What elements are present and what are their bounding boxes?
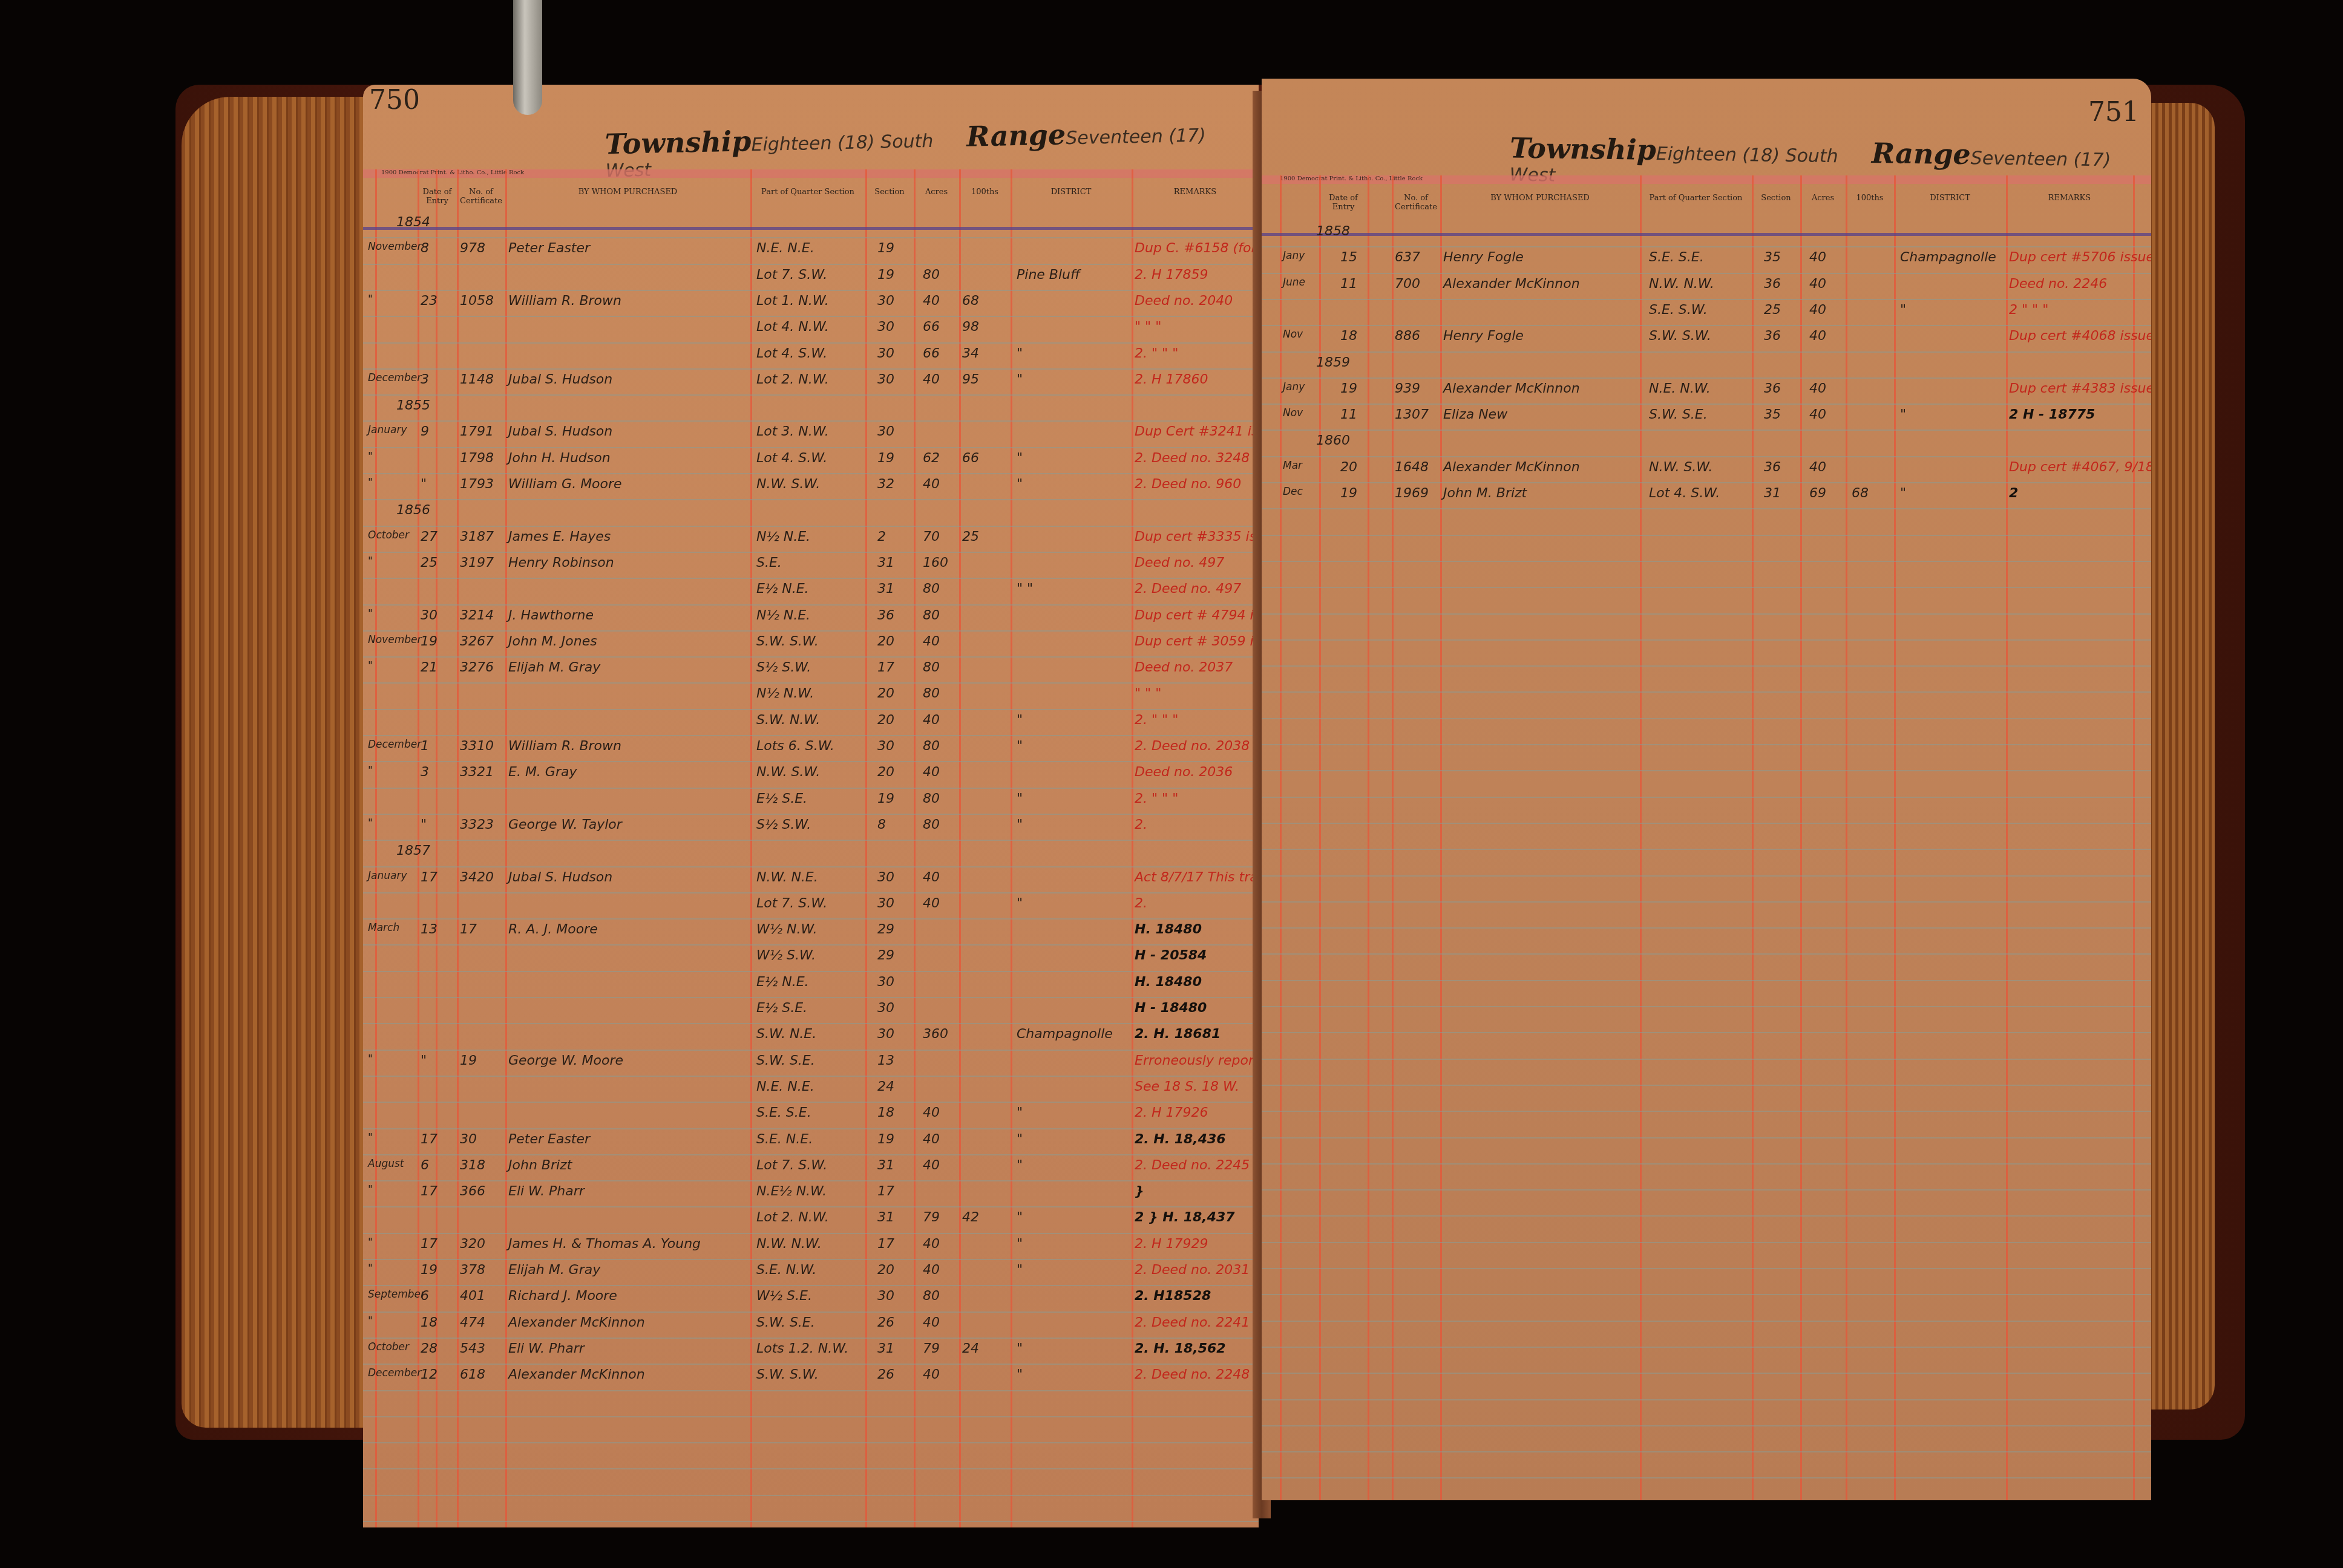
row-rule <box>1262 875 2151 877</box>
acres: 40 <box>1809 328 1826 344</box>
section: 35 <box>1764 407 1781 422</box>
acres: 160 <box>923 555 948 570</box>
row-rule <box>363 656 1259 658</box>
township-value: Eighteen (18) South <box>1656 143 1838 167</box>
column-header: Date of Entry <box>418 188 457 206</box>
remarks: 2 H - 18775 <box>2009 407 2095 422</box>
entry-year: 1854 <box>396 215 430 230</box>
entry-day: " <box>421 1053 427 1068</box>
quarter-section: N.E. N.E. <box>756 1079 814 1094</box>
entry-day: 17 <box>421 1184 437 1199</box>
acres: 40 <box>923 896 940 911</box>
quarter-section: E½ S.E. <box>756 791 807 806</box>
row-rule <box>363 1442 1259 1443</box>
entry-month: October <box>368 529 409 541</box>
row-rule <box>363 604 1259 606</box>
row-rule <box>363 866 1259 867</box>
acres: 80 <box>923 817 940 832</box>
quarter-section: E½ N.E. <box>756 581 809 596</box>
district: " <box>1017 817 1023 832</box>
certificate-number: 378 <box>460 1263 485 1278</box>
certificate-number: 318 <box>460 1158 485 1173</box>
entry-day: 15 <box>1340 250 1357 265</box>
remarks: 2 " " " <box>2009 302 2048 318</box>
remarks: 2. Deed no. 2245 <box>1135 1158 1250 1173</box>
section: 31 <box>877 581 894 596</box>
hundredths: 24 <box>962 1341 979 1356</box>
acres: 79 <box>923 1210 940 1225</box>
purchaser-name: Jubal S. Hudson <box>508 424 612 439</box>
column-rule <box>1846 175 1847 1500</box>
entry-month: Jany <box>1283 381 1305 393</box>
remarks: Deed no. 2036 <box>1135 765 1233 780</box>
section: 29 <box>877 948 894 963</box>
entry-day: 17 <box>421 870 437 885</box>
column-rule <box>1800 175 1802 1500</box>
row-rule <box>363 1495 1259 1496</box>
section: 31 <box>1764 486 1781 501</box>
district: " <box>1017 1132 1023 1147</box>
row-rule <box>1262 1477 2151 1478</box>
purchaser-name: John H. Hudson <box>508 451 611 466</box>
entry-month: January <box>368 870 407 882</box>
column-header: No. of Certificate <box>457 188 505 206</box>
purchaser-name: Henry Robinson <box>508 555 614 570</box>
column-header: REMARKS <box>2006 194 2133 203</box>
entry-month: " <box>368 817 373 829</box>
entry-month: " <box>368 293 373 305</box>
acres: 40 <box>1809 381 1826 396</box>
remarks: 2. H. 18,436 <box>1135 1132 1226 1147</box>
quarter-section: S.E. S.E. <box>1649 250 1704 265</box>
row-rule <box>1262 1321 2151 1322</box>
section: 31 <box>877 1158 894 1173</box>
certificate-number: 3267 <box>460 634 494 649</box>
section: 30 <box>877 975 894 990</box>
acres: 40 <box>923 870 940 885</box>
section: 19 <box>877 267 894 283</box>
section: 36 <box>1764 460 1781 475</box>
row-rule <box>363 1259 1259 1260</box>
row-rule <box>363 552 1259 553</box>
acres: 80 <box>923 1289 940 1304</box>
entry-month: " <box>368 1053 373 1065</box>
purchaser-name: R. A. J. Moore <box>508 922 598 937</box>
section: 30 <box>877 319 894 335</box>
column-header: REMARKS <box>1132 188 1259 197</box>
section: 19 <box>877 241 894 256</box>
quarter-section: S.W. S.E. <box>756 1315 815 1330</box>
acres: 66 <box>923 319 940 335</box>
purchaser-name: Eliza New <box>1443 407 1507 422</box>
purchaser-name: George W. Moore <box>508 1053 623 1068</box>
row-rule <box>1262 535 2151 536</box>
section: 36 <box>877 608 894 623</box>
district: " <box>1017 1236 1023 1252</box>
row-rule <box>363 682 1259 684</box>
section: 36 <box>1764 381 1781 396</box>
column-rule <box>2006 175 2008 1500</box>
quarter-section: N.E½ N.W. <box>756 1184 827 1199</box>
row-rule <box>1262 1268 2151 1269</box>
certificate-number: 886 <box>1395 328 1420 344</box>
quarter-section: S.W. N.W. <box>756 713 820 728</box>
quarter-section: N½ N.E. <box>756 529 810 544</box>
section: 26 <box>877 1367 894 1382</box>
certificate-number: 19 <box>460 1053 477 1068</box>
entry-month: " <box>368 555 373 567</box>
acres: 40 <box>923 1158 940 1173</box>
remarks: 2. Deed no. 2248 <box>1135 1367 1250 1382</box>
purchaser-name: Peter Easter <box>508 1132 590 1147</box>
row-rule <box>1262 770 2151 771</box>
purchaser-name: Alexander McKinnon <box>508 1315 645 1330</box>
remarks: Dup C. #6158 (for N.E.N.E. Sec 19) 11/23… <box>1135 241 1259 256</box>
row-rule <box>1262 1294 2151 1295</box>
district: " <box>1017 451 1023 466</box>
row-rule <box>1262 482 2151 483</box>
certificate-number: 366 <box>460 1184 485 1199</box>
row-rule <box>363 1233 1259 1234</box>
column-header: No. of Certificate <box>1392 194 1440 212</box>
section: 30 <box>877 293 894 309</box>
certificate-number: 1148 <box>460 372 494 387</box>
row-rule <box>1262 1059 2151 1060</box>
certificate-number: 401 <box>460 1289 485 1304</box>
entry-day: 28 <box>421 1341 437 1356</box>
entry-month: October <box>368 1341 409 1353</box>
acres: 40 <box>1809 302 1826 318</box>
header-rule <box>363 227 1259 230</box>
remarks: H. 18480 <box>1135 975 1202 990</box>
acres: 70 <box>923 529 940 544</box>
entry-month: November <box>368 634 421 646</box>
district: " <box>1017 1263 1023 1278</box>
row-rule <box>1262 1163 2151 1165</box>
remarks: H - 20584 <box>1135 948 1207 963</box>
purchaser-name: Jubal S. Hudson <box>508 372 612 387</box>
certificate-number: 3276 <box>460 660 494 675</box>
printer-imprint: 1900 Democrat Print. & Litho. Co., Littl… <box>1280 175 1423 182</box>
purchaser-name: E. M. Gray <box>508 765 577 780</box>
quarter-section: S.E. S.E. <box>756 1105 811 1120</box>
row-rule <box>363 368 1259 370</box>
section: 31 <box>877 1210 894 1225</box>
entry-month: " <box>368 660 373 672</box>
quarter-section: S.W. N.E. <box>756 1027 816 1042</box>
page-stack-left <box>182 97 363 1428</box>
section: 30 <box>877 372 894 387</box>
entry-month: September <box>368 1289 425 1301</box>
entry-month: " <box>368 1184 373 1196</box>
acres: 40 <box>923 1105 940 1120</box>
remarks: 2. Deed no. 2031 <box>1135 1263 1250 1278</box>
remarks: 2 <box>2009 486 2018 501</box>
acres: 80 <box>923 267 940 283</box>
remarks: Act 8/7/17 This tract only H 17861 <box>1135 870 1259 885</box>
row-rule <box>1262 953 2151 955</box>
quarter-section: S.E. N.W. <box>756 1263 816 1278</box>
remarks: 2. Deed no. 3248 <box>1135 451 1250 466</box>
remarks: 2. " " " <box>1135 346 1178 361</box>
acres: 80 <box>923 581 940 596</box>
row-rule <box>363 1390 1259 1391</box>
row-rule <box>363 316 1259 317</box>
purchaser-name: Henry Fogle <box>1443 250 1524 265</box>
remarks: 2. H 17929 <box>1135 1236 1208 1252</box>
acres: 40 <box>923 634 940 649</box>
district: " <box>1017 1367 1023 1382</box>
remarks: H. 18480 <box>1135 922 1202 937</box>
quarter-section: N½ N.W. <box>756 686 814 701</box>
district: " <box>1017 477 1023 492</box>
row-rule <box>1262 587 2151 588</box>
entry-month: " <box>368 1132 373 1144</box>
row-rule <box>1262 1373 2151 1374</box>
quarter-section: E½ N.E. <box>756 975 809 990</box>
column-header: BY WHOM PURCHASED <box>505 188 750 197</box>
acres: 80 <box>923 660 940 675</box>
entry-day: 11 <box>1340 276 1357 292</box>
district: " <box>1900 486 1906 501</box>
acres: 40 <box>923 477 940 492</box>
acres: 40 <box>1809 407 1826 422</box>
section: 35 <box>1764 250 1781 265</box>
row-rule <box>363 394 1259 396</box>
entry-day: 12 <box>421 1367 437 1382</box>
column-rule <box>1440 175 1442 1500</box>
row-rule <box>363 342 1259 344</box>
section: 20 <box>877 713 894 728</box>
entry-month: " <box>368 451 373 463</box>
entry-month: November <box>368 241 421 253</box>
certificate-number: 618 <box>460 1367 485 1382</box>
quarter-section: Lot 4. S.W. <box>756 451 827 466</box>
section: 13 <box>877 1053 894 1068</box>
remarks: Dup Cert #3241 issued 12/5/1917 G13639 <box>1135 424 1259 439</box>
entry-month: " <box>368 477 373 489</box>
entry-month: August <box>368 1158 404 1170</box>
remarks: See 18 S. 18 W. <box>1135 1079 1239 1094</box>
row-rule <box>363 630 1259 632</box>
section: 30 <box>877 739 894 754</box>
entry-day: 9 <box>421 424 429 439</box>
column-rule <box>2133 175 2135 1500</box>
section: 18 <box>877 1105 894 1120</box>
row-rule <box>1262 613 2151 615</box>
certificate-number: 17 <box>460 922 477 937</box>
certificate-number: 1969 <box>1395 486 1429 501</box>
row-rule <box>363 1102 1259 1103</box>
row-rule <box>363 971 1259 972</box>
section: 29 <box>877 922 894 937</box>
row-rule <box>1262 639 2151 641</box>
row-rule <box>1262 325 2151 326</box>
district: Champagnolle <box>1900 250 1996 265</box>
entry-day: 25 <box>421 555 437 570</box>
purchaser-name: Alexander McKinnon <box>1443 460 1580 475</box>
entry-day: 19 <box>1340 381 1357 396</box>
row-rule <box>1262 1451 2151 1452</box>
acres: 80 <box>923 608 940 623</box>
quarter-section: Lot 4. S.W. <box>1649 486 1720 501</box>
quarter-section: Lot 1. N.W. <box>756 293 829 309</box>
acres: 69 <box>1809 486 1826 501</box>
entry-day: " <box>421 817 427 832</box>
column-header: Date of Entry <box>1319 194 1368 212</box>
row-rule <box>363 840 1259 841</box>
remarks: } <box>1135 1184 1144 1199</box>
entry-month: Jany <box>1283 250 1305 262</box>
entry-year: 1859 <box>1316 355 1350 370</box>
acres: 40 <box>1809 250 1826 265</box>
quarter-section: N.E. N.W. <box>1649 381 1711 396</box>
row-rule <box>1262 273 2151 274</box>
row-rule <box>1262 1006 2151 1007</box>
remarks: Erroneously reported <box>1135 1053 1259 1068</box>
entry-day: 21 <box>421 660 437 675</box>
quarter-section: S.E. N.E. <box>756 1132 813 1147</box>
entry-month: December <box>368 1367 421 1379</box>
quarter-section: S.W. S.W. <box>1649 328 1711 344</box>
acres: 40 <box>923 1315 940 1330</box>
row-rule <box>363 1076 1259 1077</box>
entry-day: 6 <box>421 1289 429 1304</box>
section: 20 <box>877 1263 894 1278</box>
row-rule <box>363 788 1259 789</box>
row-rule <box>363 735 1259 736</box>
entry-month: December <box>368 372 421 384</box>
entry-year: 1858 <box>1316 224 1350 239</box>
quarter-section: W½ S.W. <box>756 948 816 963</box>
row-rule <box>363 997 1259 998</box>
purchaser-name: William G. Moore <box>508 477 622 492</box>
quarter-section: E½ S.E. <box>756 1001 807 1016</box>
row-rule <box>1262 823 2151 824</box>
quarter-section: Lot 7. S.W. <box>756 1158 827 1173</box>
entry-year: 1856 <box>396 503 430 518</box>
district: Champagnolle <box>1017 1027 1113 1042</box>
entry-day: 23 <box>421 293 437 309</box>
entry-day: 20 <box>1340 460 1357 475</box>
remarks: 2. H. 18681 <box>1135 1027 1221 1042</box>
row-rule <box>1262 927 2151 929</box>
row-rule <box>1262 665 2151 667</box>
row-rule <box>363 1180 1259 1181</box>
row-rule <box>363 1468 1259 1469</box>
hundredths: 68 <box>1852 486 1869 501</box>
remarks: Deed no. 2040 <box>1135 293 1233 309</box>
purchaser-name: Alexander McKinnon <box>1443 276 1580 292</box>
row-rule <box>1262 403 2151 405</box>
row-rule <box>1262 430 2151 431</box>
remarks: 2. H 17926 <box>1135 1105 1208 1120</box>
entry-day: 27 <box>421 529 437 544</box>
remarks: Dup cert #4383 issued Jan 14, 1920 G1470… <box>2009 381 2151 396</box>
section: 2 <box>877 529 886 544</box>
quarter-section: Lot 3. N.W. <box>756 424 829 439</box>
remarks: 2. " " " <box>1135 713 1178 728</box>
row-rule <box>363 264 1259 265</box>
row-rule <box>363 526 1259 527</box>
entry-year: 1860 <box>1316 433 1350 448</box>
column-rule <box>1392 175 1394 1500</box>
purchaser-name: Eli W. Pharr <box>508 1184 585 1199</box>
column-header: 100ths <box>959 188 1011 197</box>
row-rule <box>1262 849 2151 850</box>
purchaser-name: George W. Taylor <box>508 817 622 832</box>
column-rule <box>1319 175 1321 1500</box>
certificate-number: 3197 <box>460 555 494 570</box>
ledger-page-right: 751 TownshipEighteen (18) South RangeSev… <box>1262 79 2151 1500</box>
acres: 360 <box>923 1027 948 1042</box>
remarks: Dup cert # 3059 issued 26/27/17 G13411 <box>1135 634 1259 649</box>
remarks: Dup cert # 4794 issued 1-14-1920 G14707 <box>1135 608 1259 623</box>
section: 17 <box>877 1236 894 1252</box>
quarter-section: Lot 4. N.W. <box>756 319 829 335</box>
column-rule <box>959 169 961 1527</box>
entry-day: 3 <box>421 372 429 387</box>
row-rule <box>363 578 1259 579</box>
certificate-number: 637 <box>1395 250 1420 265</box>
acres: 40 <box>923 1132 940 1147</box>
acres: 40 <box>923 713 940 728</box>
row-rule <box>363 1154 1259 1155</box>
district: " <box>1017 791 1023 806</box>
section: 19 <box>877 451 894 466</box>
acres: 40 <box>923 765 940 780</box>
certificate-number: 1648 <box>1395 460 1429 475</box>
row-rule <box>1262 508 2151 509</box>
entry-day: 18 <box>421 1315 437 1330</box>
entry-month: Dec <box>1283 486 1303 498</box>
purchaser-name: J. Hawthorne <box>508 608 594 623</box>
entry-month: " <box>368 1263 373 1275</box>
header-rule <box>1262 233 2151 236</box>
remarks: Deed no. 497 <box>1135 555 1224 570</box>
acres: 79 <box>923 1341 940 1356</box>
certificate-number: 700 <box>1395 276 1420 292</box>
row-rule <box>1262 980 2151 981</box>
acres: 40 <box>923 372 940 387</box>
entry-day: 6 <box>421 1158 429 1173</box>
row-rule <box>1262 377 2151 379</box>
row-rule <box>363 237 1259 238</box>
row-rule <box>1262 744 2151 745</box>
entry-day: 1 <box>421 739 429 754</box>
section: 36 <box>1764 328 1781 344</box>
row-rule <box>1262 1215 2151 1217</box>
range-label: Range <box>966 118 1066 152</box>
entry-day: " <box>421 477 427 492</box>
column-rule <box>1752 175 1754 1500</box>
page-number: 750 <box>369 85 420 116</box>
quarter-section: W½ S.E. <box>756 1289 812 1304</box>
row-rule <box>363 1521 1259 1522</box>
district: " <box>1017 1158 1023 1173</box>
section: 30 <box>877 1027 894 1042</box>
entry-day: 8 <box>421 241 429 256</box>
section: 30 <box>877 1001 894 1016</box>
remarks: 2. <box>1135 896 1147 911</box>
acres: 80 <box>923 739 940 754</box>
quarter-section: S.W. S.E. <box>756 1053 815 1068</box>
remarks: 2. Deed no. 2038 <box>1135 739 1250 754</box>
certificate-number: 3187 <box>460 529 494 544</box>
section: 30 <box>877 424 894 439</box>
row-rule <box>1262 299 2151 300</box>
section: 30 <box>877 346 894 361</box>
